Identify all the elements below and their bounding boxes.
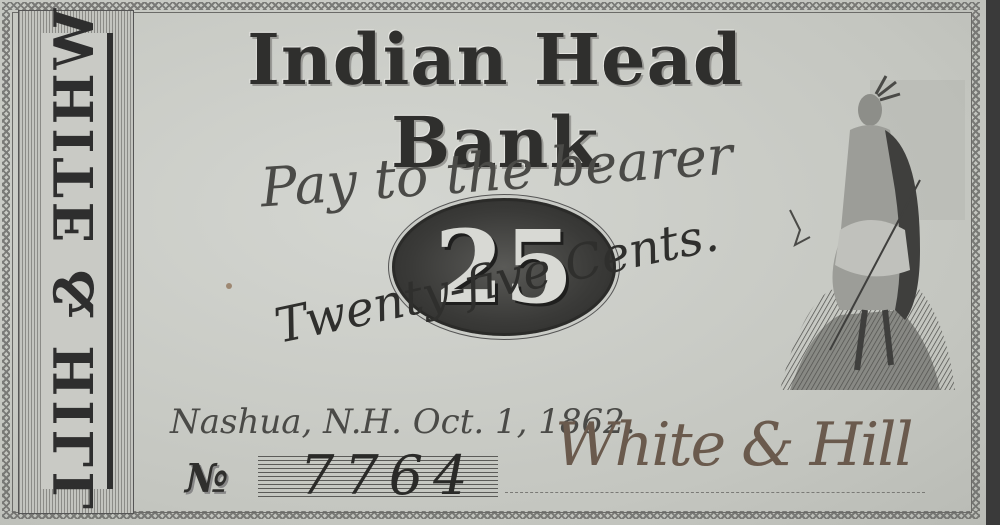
signature-line [505, 492, 925, 493]
banknote: WHITE & HILL Indian Head Bank Pay to the… [0, 0, 986, 525]
paper-stain [226, 283, 232, 289]
side-panel-inner: WHITE & HILL [41, 33, 113, 489]
number-label: № [185, 455, 228, 502]
side-panel-text: WHITE & HILL [42, 9, 106, 514]
signature: White & Hill [555, 410, 912, 480]
indian-figure-vignette-icon [770, 60, 970, 420]
frame-edge [986, 0, 1000, 525]
serial-number: 7764 [300, 444, 477, 507]
side-panel: WHITE & HILL [18, 10, 134, 514]
